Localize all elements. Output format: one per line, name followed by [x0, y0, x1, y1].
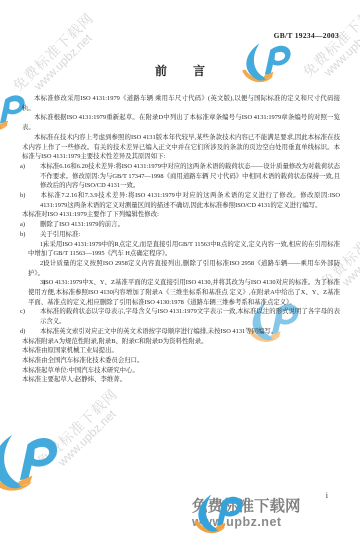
foreword-paragraph: 本标准对ISO 4131:1979主要作了下列编辑性修改: [22, 210, 340, 220]
foreword-paragraph: a)删除了ISO 4131:1979的前言。 [22, 220, 340, 230]
list-item-label: 1) [34, 240, 43, 250]
list-item-label: a) [30, 162, 40, 172]
list-item-label: b) [30, 191, 40, 201]
foreword-paragraph: 本标准修改采用ISO 4131:1979《道路车辆 乘用车尺寸代码》(英文版),… [22, 94, 340, 113]
document-page: 免费标准下载网 www.upbz.net 免费标准下载网 www.upbz.ne… [0, 0, 360, 542]
page-number: i [326, 491, 328, 500]
standard-number: GB/T 19234—2003 [274, 31, 339, 40]
foreword-paragraph: 1)未采用ISO 4131:1979中的R点定义,而是直接引用GB/T 1156… [22, 240, 340, 259]
foreword-paragraph: b)关于引用标准: [22, 230, 340, 240]
list-item-label: 3) [34, 278, 43, 288]
foreword-paragraph: 3)ISO 4131:1979中X、Y、Z基准平面的定义直接引用ISO 4130… [22, 278, 340, 307]
foreword-paragraph: 2)设计质量的定义按照ISO 2958定义内容直接列出,删除了引用标准ISO 2… [22, 259, 340, 278]
up-logo-icon [192, 491, 246, 537]
list-item-label: a) [30, 220, 40, 230]
foreword-paragraph: d)本标准英文索引对应正文中的英文术语按字母顺序进行编排,未按ISO 4131等… [22, 327, 340, 337]
foreword-paragraph: c)本标准的载荷状态以字母表示,字母含义与ISO 4131:1979文字表示一致… [22, 307, 340, 326]
list-item-label: 2) [34, 259, 43, 269]
page-title: 前言 [0, 62, 360, 79]
foreword-paragraph: 本标准附录A为规范性附录,附录B、附录C和附录D为资料性附录。 [22, 337, 340, 347]
footer-watermark: 免费标准下载网 www.upbz.net [192, 499, 301, 529]
foreword-paragraph: 本标准由原国家机械工业局提出。 [22, 346, 340, 356]
foreword-body: 本标准修改采用ISO 4131:1979《道路车辆 乘用车尺寸代码》(英文版),… [22, 94, 340, 385]
foreword-paragraph: 本标准主要起草人:赵静炜、李维菁。 [22, 375, 340, 385]
foreword-paragraph: 本标准在技术内容上考虑到参照的ISO 4131版本年代较早,某些条款技术内容已不… [22, 133, 340, 162]
list-item-label: c) [30, 307, 40, 317]
document-content: GB/T 19234—2003 前言 本标准修改采用ISO 4131:1979《… [0, 0, 360, 542]
foreword-paragraph: 本标准根据ISO 4131:1979重新起草。在附录D中列出了本标准章条编号与I… [22, 113, 340, 132]
foreword-paragraph: 本标准由全国汽车标准化技术委员会归口。 [22, 356, 340, 366]
list-item-label: d) [30, 327, 40, 337]
foreword-paragraph: b)本标准7.2.16和7.3.9技术差异:将ISO 4131:1979中对应的… [22, 191, 340, 210]
foreword-paragraph: a)本标准6.16和6.20技术差异:将ISO 4131:1979中对应的这两条… [22, 162, 340, 191]
page-title-text: 前言 [155, 64, 231, 78]
foreword-paragraph: 本标准起草单位:中国汽车技术研究中心。 [22, 366, 340, 376]
list-item-label: b) [30, 230, 40, 240]
